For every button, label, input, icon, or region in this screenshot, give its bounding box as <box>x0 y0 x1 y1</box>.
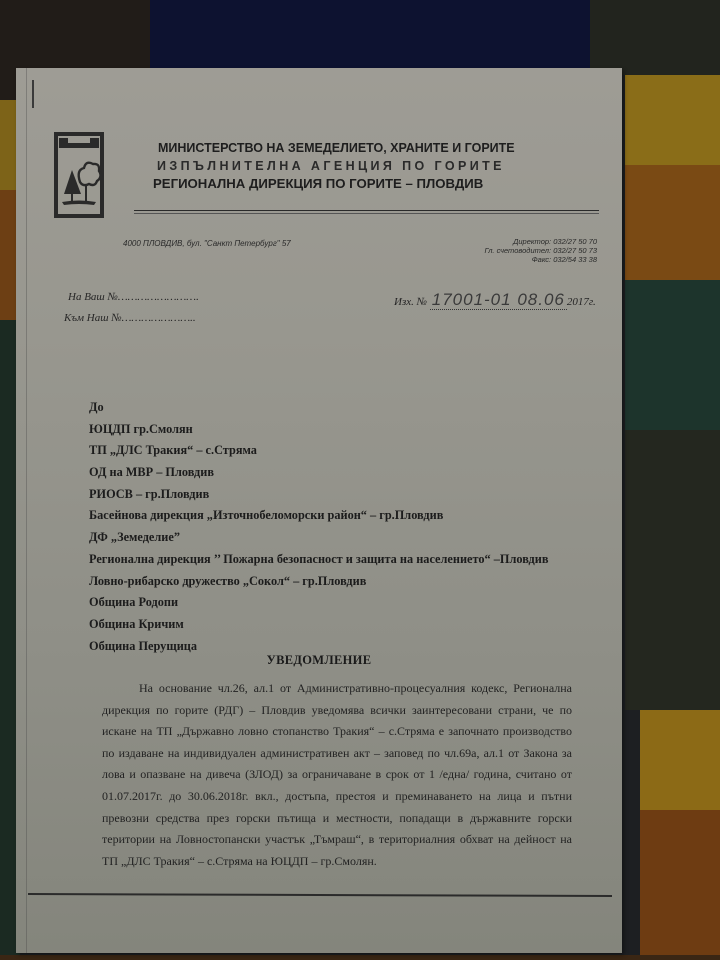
recipient: ОД на МВР – Пловдив <box>89 465 548 487</box>
handwritten-number: 17001-01 08.06 <box>430 290 567 310</box>
notice-title: УВЕДОМЛЕНИЕ <box>16 653 622 668</box>
fax: Факс: 032/54 33 38 <box>484 255 597 264</box>
page-bottom-line <box>28 893 612 897</box>
recipient: До <box>89 400 548 422</box>
address: 4000 ПЛОВДИВ, бул. "Санкт Петербург" 57 <box>123 239 291 248</box>
agency-name: ИЗПЪЛНИТЕЛНА АГЕНЦИЯ ПО ГОРИТЕ <box>157 159 566 173</box>
recipient: Община Родопи <box>89 595 548 617</box>
page-fold-line <box>26 68 27 953</box>
header-rule <box>134 210 599 211</box>
recipient: Община Кричим <box>89 617 548 639</box>
recipient: Регионална дирекция ’’ Пожарна безопасно… <box>89 552 548 574</box>
forest-emblem-icon <box>54 132 104 218</box>
recipient: Басейнова дирекция „Източнобеломорски ра… <box>89 508 548 530</box>
header-rule-thin <box>134 213 599 214</box>
recipients-list: До ЮЦДП гр.Смолян ТП „ДЛС Тракия“ – с.Ст… <box>89 400 548 660</box>
recipient: РИОСВ – гр.Пловдив <box>89 487 548 509</box>
phone-director: Директор: 032/27 50 70 <box>484 237 597 246</box>
recipient: ДФ „Земеделие” <box>89 530 548 552</box>
contact-phones: Директор: 032/27 50 70 Гл. счетоводител:… <box>484 237 597 264</box>
outgoing-prefix: Изх. № <box>394 296 427 308</box>
recipient: ЮЦДП гр.Смолян <box>89 422 548 444</box>
our-reference: Към Наш №………………….. <box>64 312 196 324</box>
notice-body: На основание чл.26, ал.1 от Администрати… <box>102 678 572 872</box>
outgoing-year: 2017г. <box>567 296 596 308</box>
phone-accountant: Гл. счетоводител: 032/27 50 73 <box>484 246 597 255</box>
recipient: Ловно-рибарско дружество „Сокол“ – гр.Пл… <box>89 574 548 596</box>
directorate-name: РЕГИОНАЛНА ДИРЕКЦИЯ ПО ГОРИТЕ – ПЛОВДИВ <box>153 176 566 191</box>
document-page: МИНИСТЕРСТВО НА ЗЕМЕДЕЛИЕТО, ХРАНИТЕ И Г… <box>16 68 622 953</box>
recipient: ТП „ДЛС Тракия“ – с.Стряма <box>89 443 548 465</box>
binder-mark <box>32 80 34 108</box>
letterhead: МИНИСТЕРСТВО НА ЗЕМЕДЕЛИЕТО, ХРАНИТЕ И Г… <box>146 141 566 191</box>
ministry-name: МИНИСТЕРСТВО НА ЗЕМЕДЕЛИЕТО, ХРАНИТЕ И Г… <box>158 141 566 155</box>
outgoing-number: Изх. № 17001-01 08.062017г. <box>394 290 596 310</box>
notice-paragraph: На основание чл.26, ал.1 от Администрати… <box>102 678 572 872</box>
your-reference: На Ваш №……………………. <box>68 291 199 303</box>
